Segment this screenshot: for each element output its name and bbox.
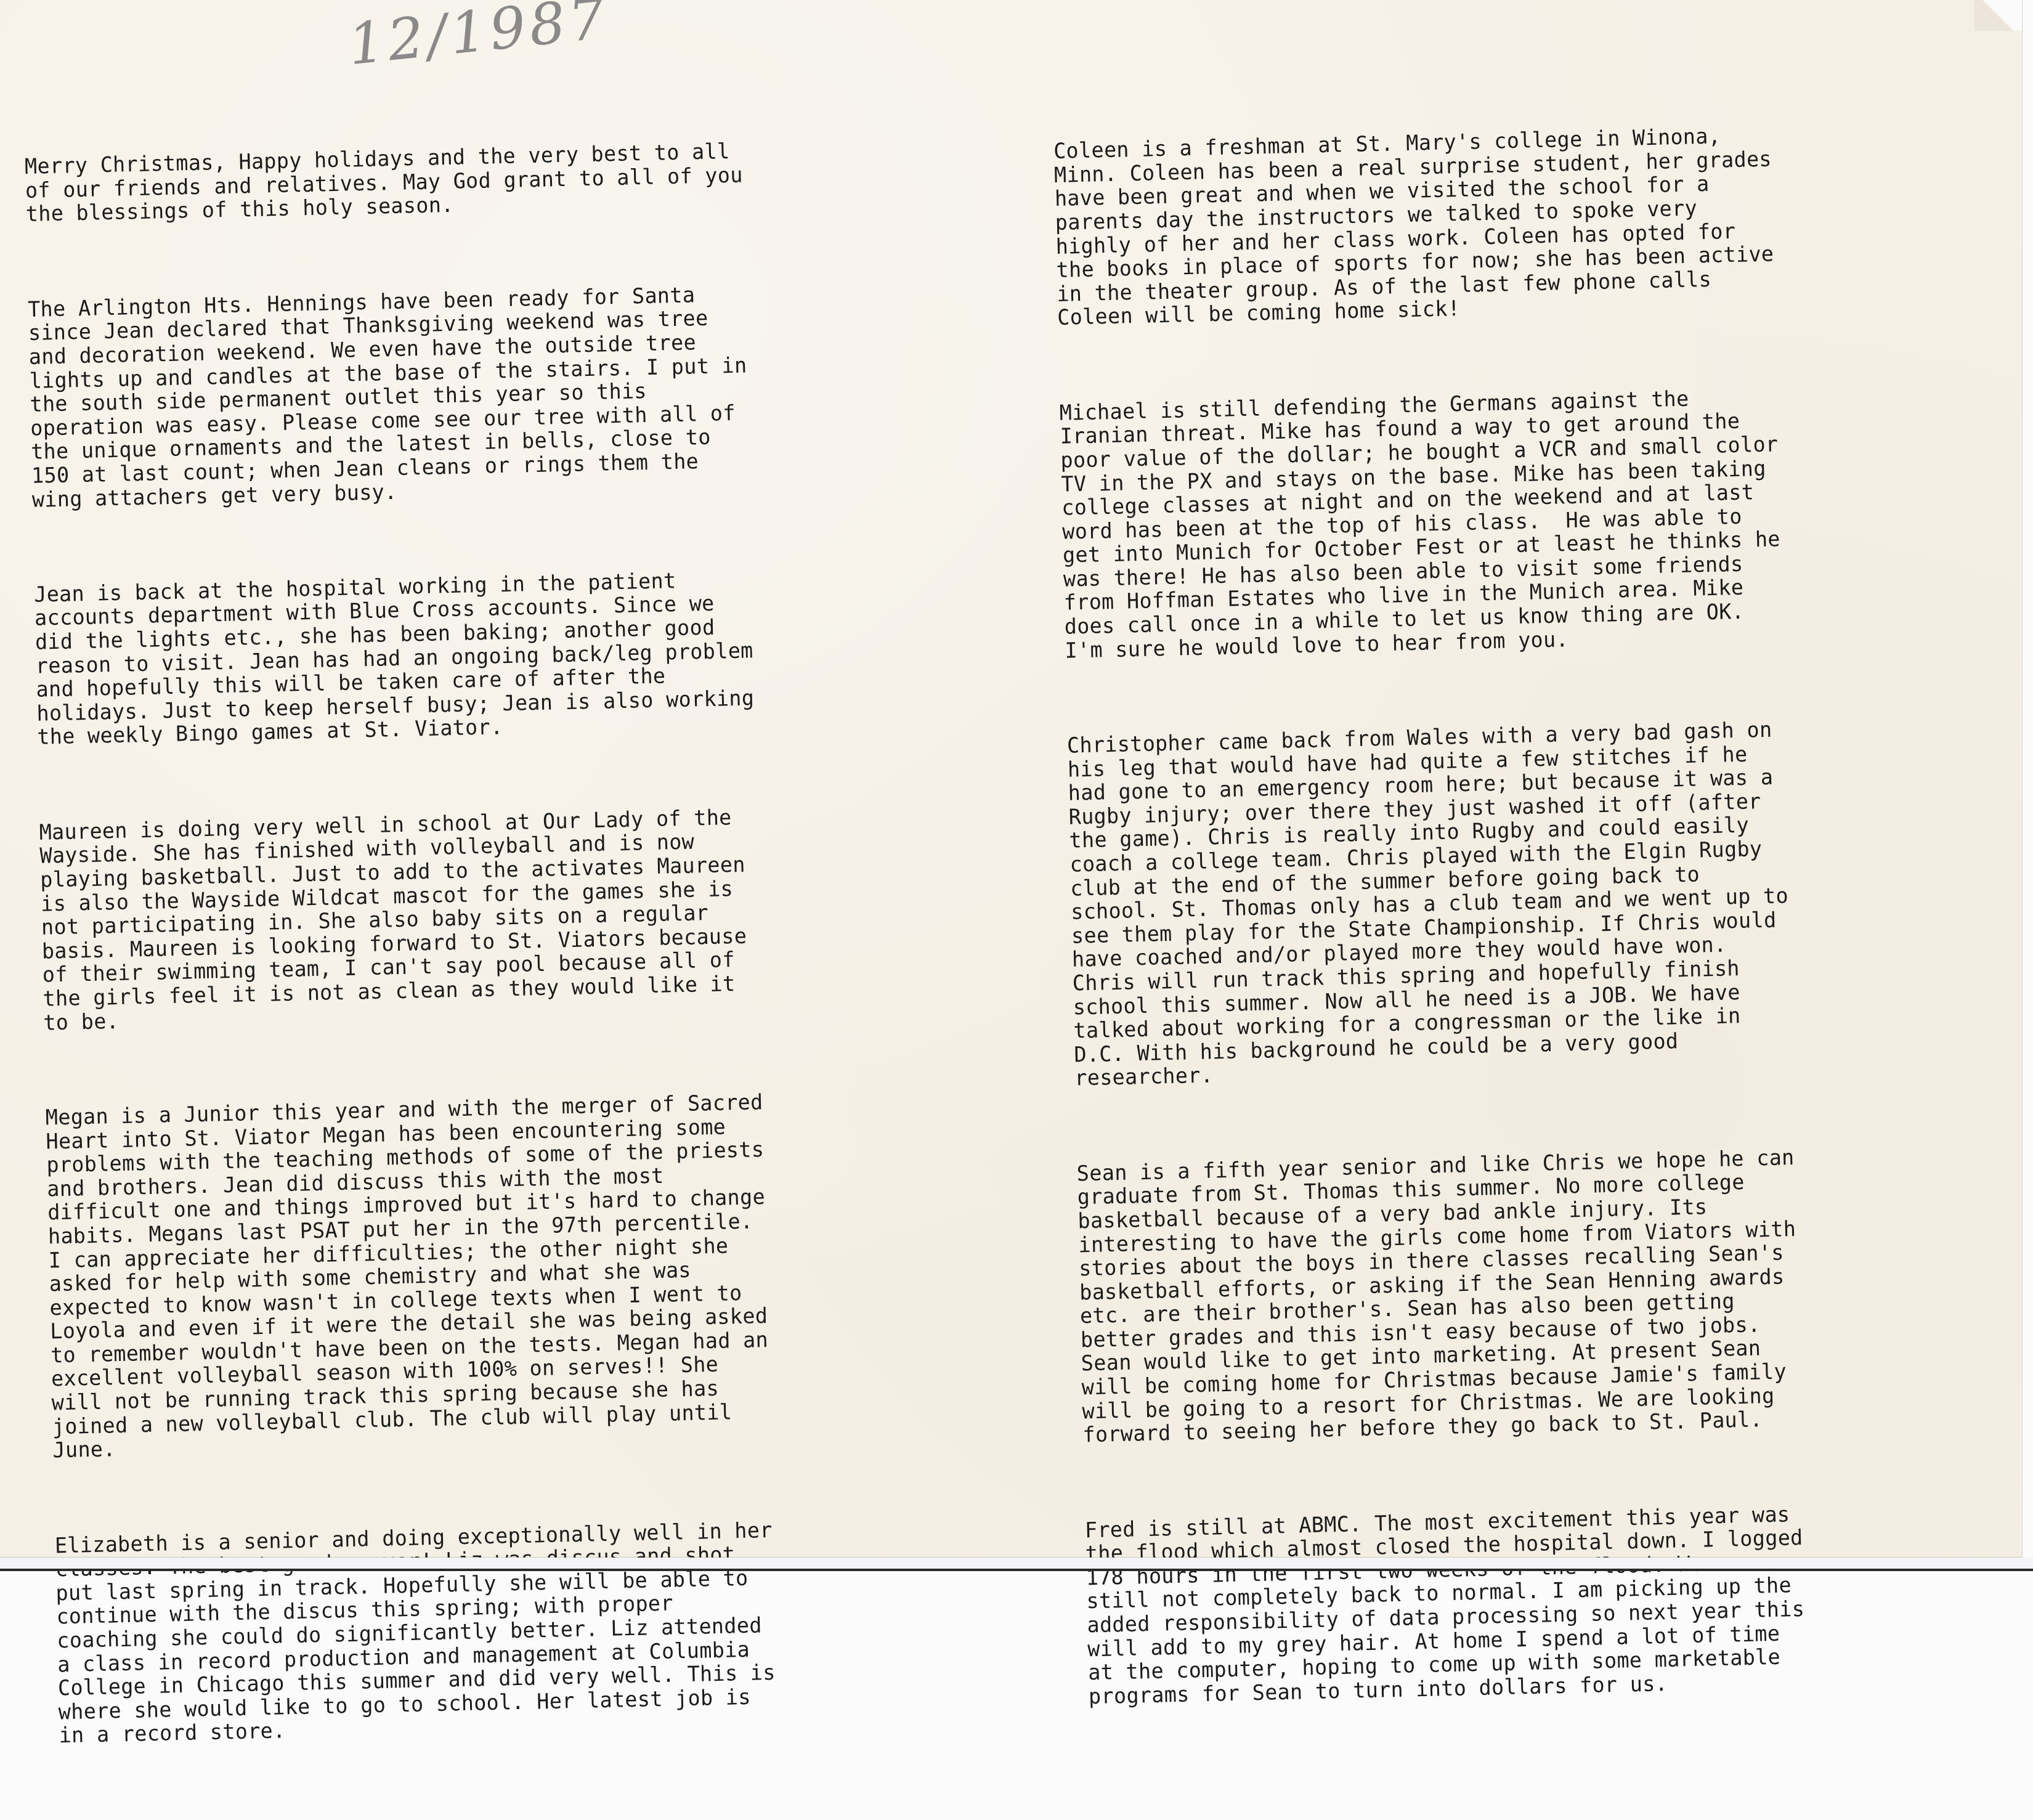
paragraph-christopher: Christopher came back from Wales with a … bbox=[1067, 718, 1793, 1091]
paragraph-coleen: Coleen is a freshman at St. Mary's colle… bbox=[1053, 124, 1775, 330]
scanner-edge bbox=[0, 1569, 2033, 1571]
scanned-page: 12/1987 Merry Christmas, Happy holidays … bbox=[0, 0, 2033, 1571]
left-column: Merry Christmas, Happy holidays and the … bbox=[23, 92, 778, 1571]
handwritten-date: 12/1987 bbox=[345, 0, 612, 78]
paragraph-sean: Sean is a fifth year senior and like Chr… bbox=[1076, 1146, 1800, 1447]
paragraph-michael: Michael is still defending the Germans a… bbox=[1059, 385, 1782, 663]
paragraph-maureen: Maureen is doing very well in school at … bbox=[39, 805, 761, 1035]
paragraph-greeting: Merry Christmas, Happy holidays and the … bbox=[25, 140, 744, 227]
folded-corner bbox=[1974, 0, 2022, 31]
scanner-margin bbox=[0, 1558, 2033, 1569]
paragraph-megan: Megan is a Junior this year and with the… bbox=[45, 1091, 770, 1463]
letter-paper: 12/1987 Merry Christmas, Happy holidays … bbox=[0, 0, 2023, 1558]
paragraph-jean: Jean is back at the hospital working in … bbox=[34, 567, 755, 750]
right-column: Coleen is a freshman at St. Mary's colle… bbox=[1052, 76, 1808, 1571]
paragraph-hennings-decorations: The Arlington Hts. Hennings have been re… bbox=[28, 282, 750, 512]
